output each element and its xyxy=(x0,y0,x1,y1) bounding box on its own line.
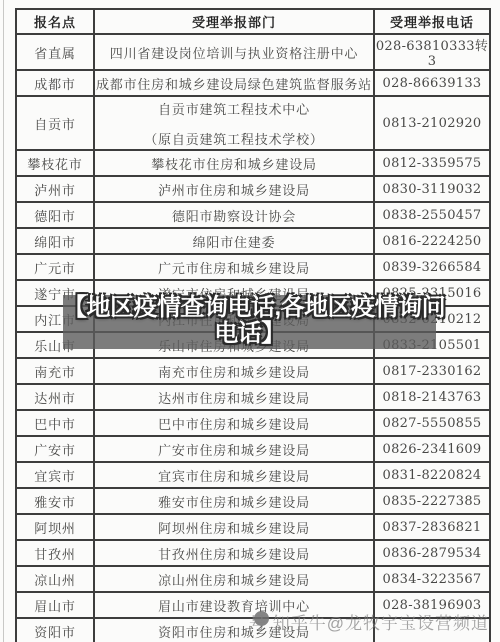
phone-cell: 0813-2102920 xyxy=(374,96,490,150)
department-line1: 泸州市住房和城乡建设局 xyxy=(95,180,373,199)
department-cell: 德阳市勘察设计协会 xyxy=(94,202,374,228)
table-row: 绵阳市 绵阳市住建委 0816-2224250 xyxy=(16,228,490,254)
city-cell: 巴中市 xyxy=(16,410,94,436)
table-row: 省直属 四川省建设岗位培训与执业资格注册中心 028-63810333转3 xyxy=(16,34,490,70)
city-cell: 泸州市 xyxy=(16,176,94,202)
phone-cell: 0834-3223567 xyxy=(374,566,490,592)
city-cell: 阿坝州 xyxy=(16,514,94,540)
department-line1: 广安市住房和城乡建设局 xyxy=(95,440,373,459)
phone-cell: 0818-2143763 xyxy=(374,384,490,410)
phone-cell: 0812-3359575 xyxy=(374,150,490,176)
city-cell: 绵阳市 xyxy=(16,228,94,254)
table-row: 雅安市 雅安市住房和城乡建设局 0835-2227385 xyxy=(16,488,490,514)
header-registration-point: 报名点 xyxy=(16,9,94,34)
city-cell: 雅安市 xyxy=(16,488,94,514)
department-cell: 自贡市建筑工程技术中心 （原自贡建筑工程技术学校） xyxy=(94,96,374,150)
city-cell: 攀枝花市 xyxy=(16,150,94,176)
department-line1: 宜宾市住房和城乡建设局 xyxy=(95,466,373,485)
city-cell: 德阳市 xyxy=(16,202,94,228)
department-cell: 甘孜州住房和城乡建设局 xyxy=(94,540,374,566)
header-report-department: 受理举报部门 xyxy=(94,9,374,34)
city-cell: 甘孜州 xyxy=(16,540,94,566)
table-row: 攀枝花市 攀枝花市住房和城乡建设局 0812-3359575 xyxy=(16,150,490,176)
city-cell: 南充市 xyxy=(16,358,94,384)
department-cell: 广元市住房和城乡建设局 xyxy=(94,254,374,280)
department-cell: 绵阳市住建委 xyxy=(94,228,374,254)
phone-cell: 028-86639133 xyxy=(374,70,490,96)
table-row: 巴中市 巴中市住房和城乡建设局 0827-5550855 xyxy=(16,410,490,436)
city-cell: 眉山市 xyxy=(16,592,94,618)
department-line1: 阿坝州住房和城乡建设局 xyxy=(95,518,373,537)
department-cell: 凉山州住房和城乡建设局 xyxy=(94,566,374,592)
city-cell: 成都市 xyxy=(16,70,94,96)
table-row: 南充市 南充市住房和城乡建设局 0817-2330162 xyxy=(16,358,490,384)
department-line1: 南充市住房和城乡建设局 xyxy=(95,362,373,381)
department-cell: 巴中市住房和城乡建设局 xyxy=(94,410,374,436)
city-cell: 凉山州 xyxy=(16,566,94,592)
department-line1: 巴中市住房和城乡建设局 xyxy=(95,414,373,433)
department-line2: （原自贡建筑工程技术学校） xyxy=(95,129,373,148)
department-line1: 成都市住房和城乡建设局绿色建筑监督服务站 xyxy=(95,74,373,93)
department-cell: 广安市住房和城乡建设局 xyxy=(94,436,374,462)
phone-cell: 0839-3266584 xyxy=(374,254,490,280)
table-row: 宜宾市 宜宾市住房和城乡建设局 0831-8220824 xyxy=(16,462,490,488)
city-cell: 自贡市 xyxy=(16,96,94,150)
department-cell: 雅安市住房和城乡建设局 xyxy=(94,488,374,514)
phone-cell: 0831-8220824 xyxy=(374,462,490,488)
department-cell: 攀枝花市住房和城乡建设局 xyxy=(94,150,374,176)
department-line1: 绵阳市住建委 xyxy=(95,232,373,251)
department-line1: 四川省建设岗位培训与执业资格注册中心 xyxy=(95,43,373,62)
phone-cell: 0816-2224250 xyxy=(374,228,490,254)
caption-line-2: 电话】 xyxy=(63,321,436,347)
table-row: 甘孜州 甘孜州住房和城乡建设局 0836-2879534 xyxy=(16,540,490,566)
phone-cell: 028-63810333转3 xyxy=(374,34,490,70)
department-cell: 南充市住房和城乡建设局 xyxy=(94,358,374,384)
city-cell: 宜宾市 xyxy=(16,462,94,488)
department-line1: 达州市住房和城乡建设局 xyxy=(95,388,373,407)
department-cell: 成都市住房和城乡建设局绿色建筑监督服务站 xyxy=(94,70,374,96)
table-row: 阿坝州 阿坝州住房和城乡建设局 0837-2836821 xyxy=(16,514,490,540)
department-line1: 雅安市住房和城乡建设局 xyxy=(95,492,373,511)
page-edge-line xyxy=(3,0,4,642)
table-row: 广安市 广安市住房和城乡建设局 0826-2341609 xyxy=(16,436,490,462)
table-header-row: 报名点 受理举报部门 受理举报电话 xyxy=(16,9,490,34)
phone-cell: 0830-3119032 xyxy=(374,176,490,202)
phone-cell: 0838-2550457 xyxy=(374,202,490,228)
city-cell: 省直属 xyxy=(16,34,94,70)
table-row: 广元市 广元市住房和城乡建设局 0839-3266584 xyxy=(16,254,490,280)
department-line1: 广元市住房和城乡建设局 xyxy=(95,258,373,277)
department-line1: 攀枝花市住房和城乡建设局 xyxy=(95,154,373,173)
department-line1: 甘孜州住房和城乡建设局 xyxy=(95,544,373,563)
department-line1: 凉山州住房和城乡建设局 xyxy=(95,570,373,589)
caption-line-1: 【地区疫情查询电话,各地区疫情询问 xyxy=(63,295,436,321)
phone-cell: 0836-2879534 xyxy=(374,540,490,566)
department-cell: 达州市住房和城乡建设局 xyxy=(94,384,374,410)
city-cell: 广安市 xyxy=(16,436,94,462)
table-row: 德阳市 德阳市勘察设计协会 0838-2550457 xyxy=(16,202,490,228)
department-cell: 四川省建设岗位培训与执业资格注册中心 xyxy=(94,34,374,70)
table-row: 凉山州 凉山州住房和城乡建设局 0834-3223567 xyxy=(16,566,490,592)
city-cell: 资阳市 xyxy=(16,618,94,642)
department-line1: 德阳市勘察设计协会 xyxy=(95,206,373,225)
department-cell: 宜宾市住房和城乡建设局 xyxy=(94,462,374,488)
phone-cell: 0837-2836821 xyxy=(374,514,490,540)
table-row: 自贡市 自贡市建筑工程技术中心 （原自贡建筑工程技术学校） 0813-21029… xyxy=(16,96,490,150)
city-cell: 广元市 xyxy=(16,254,94,280)
department-cell: 阿坝州住房和城乡建设局 xyxy=(94,514,374,540)
table-row: 泸州市 泸州市住房和城乡建设局 0830-3119032 xyxy=(16,176,490,202)
header-report-phone: 受理举报电话 xyxy=(374,9,490,34)
phone-cell: 0835-2227385 xyxy=(374,488,490,514)
phone-cell: 0827-5550855 xyxy=(374,410,490,436)
watermark-text: 号 知乎牛@龙牧宇宝设营频道 xyxy=(249,609,489,634)
table-row: 成都市 成都市住房和城乡建设局绿色建筑监督服务站 028-86639133 xyxy=(16,70,490,96)
department-cell: 泸州市住房和城乡建设局 xyxy=(94,176,374,202)
table-row: 达州市 达州市住房和城乡建设局 0818-2143763 xyxy=(16,384,490,410)
department-line1: 自贡市建筑工程技术中心 xyxy=(95,99,373,118)
caption-overlay: 【地区疫情查询电话,各地区疫情询问 电话】 xyxy=(63,295,436,349)
phone-cell: 0826-2341609 xyxy=(374,436,490,462)
phone-cell: 0817-2330162 xyxy=(374,358,490,384)
city-cell: 达州市 xyxy=(16,384,94,410)
